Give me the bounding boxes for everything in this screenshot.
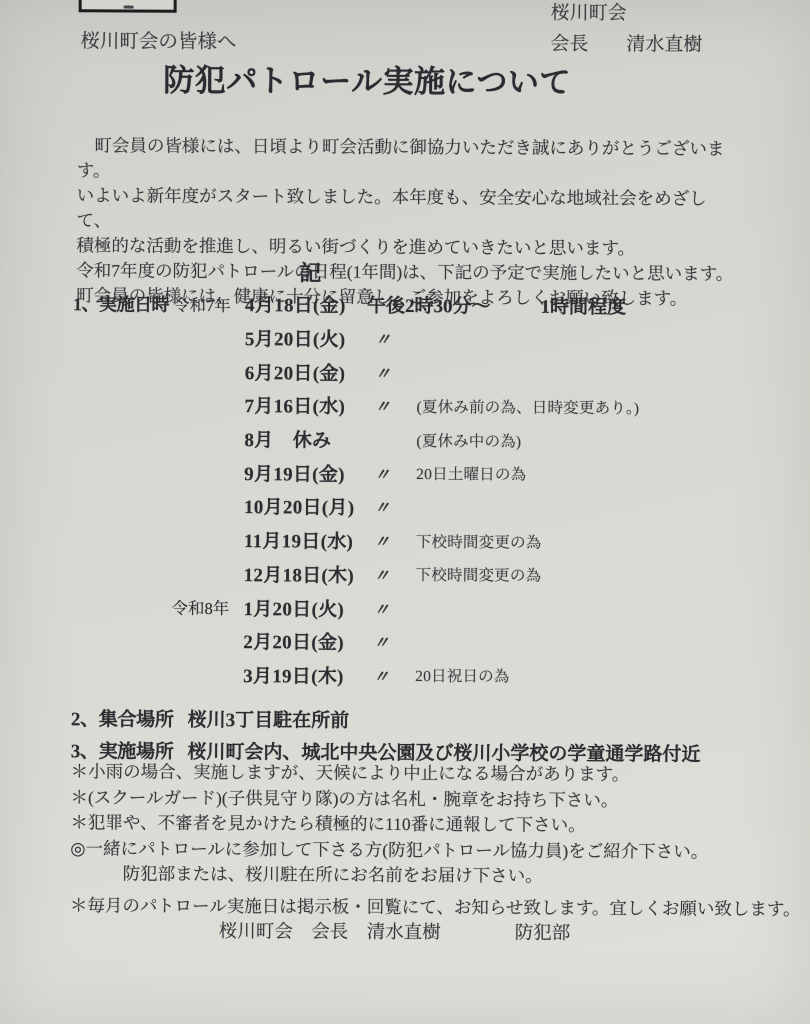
schedule-section-label [73,370,173,371]
schedule-date: 2月20日(金) [243,627,365,655]
signature-line: 桜川町会 会長 清水直樹 防犯部 [219,917,571,945]
schedule-note: (夏休み中の為) [416,429,521,452]
schedule-row: 3月19日(木) 〃 20日祝日の為 [71,657,771,694]
schedule-section-label: 1、実施日時 [73,290,173,317]
salutation: 桜川町会の皆様へ [80,25,236,54]
schedule-date: 6月20日(金) [245,358,367,386]
schedule-date: 12月18日(木) [244,560,366,588]
schedule-date: 11月19日(水) [244,526,366,554]
schedule-era: 令和8年 [171,595,243,619]
intro-line: いよいよ新年度がスタート致しました。本年度も、安全安心な地域社会をめざして、 [76,183,736,236]
schedule-row: 6月20日(金) 〃 [73,354,773,391]
ditto-mark: 〃 [366,394,416,417]
section-label: 2、集合場所 [71,704,174,732]
schedule-row: 8月 休み (夏休み中の為) [72,421,772,458]
page-title: 防犯パトロール実施について [163,55,571,102]
schedule-section-label [73,337,173,338]
schedule-duration: 1時間程度 [541,292,627,319]
schedule-note: 20日土曜日の為 [416,462,526,485]
ditto-mark: 〃 [366,563,416,586]
schedule-row: 1、実施日時 令和7年 4月18日(金) 午後2時30分～ 1時間程度 [73,286,773,323]
ditto-mark: 〃 [365,630,415,653]
schedule-row: 9月19日(金) 〃 20日土曜日の為 [72,455,772,492]
intro-line: 令和7年度の防犯パトロールの日程(1年間)は、下記の予定で実施したいと思います。 [76,258,736,286]
schedule-row: 12月18日(木) 〃 下校時間変更の為 [72,556,772,593]
note-line: ＊犯罪や、不審者を見かけたら積極的に110番に通報して下さい。 [70,810,801,839]
schedule-note: 20日祝日の為 [415,664,510,686]
schedule-section-label [72,573,172,574]
schedule-note: 下校時間変更の為 [416,563,542,586]
schedule-section-label [72,472,172,473]
schedule-date: 3月19日(木) [243,661,365,689]
issuer-org: 桜川町会 [551,0,703,30]
schedule-era: 令和7年 [173,292,245,316]
intro-line: 町会員の皆様には、日頃より町会活動に御協力いただき誠にありがとうございます。 [77,133,737,186]
issuer-chairman: 会長 清水直樹 [550,29,702,61]
issuer-block: 桜川町会 会長 清水直樹 [550,0,702,61]
notes-list: ＊小雨の場合、実施しますが、天候により中止になる場合があります。 ＊(スクールガ… [70,759,801,922]
stamp-box [79,0,177,13]
location-sections: 2、集合場所 桜川3丁目駐在所前 3、実施場所 桜川町会内、城北中央公園及び桜川… [71,701,701,768]
ditto-mark: 〃 [366,529,416,552]
ditto-mark: 〃 [367,361,417,384]
schedule-note: 下校時間変更の為 [416,530,542,553]
schedule-section-label [73,404,173,405]
schedule-date: 7月16日(水) [244,392,366,420]
schedule-row: 10月20日(月) 〃 [72,488,772,525]
schedule-row: 7月16日(水) 〃 (夏休み前の為、日時変更あり。) [72,387,772,424]
schedule-row: 2月20日(金) 〃 [71,623,771,660]
schedule-row: 令和8年 1月20日(火) 〃 [71,589,771,626]
record-marker: 記 [299,256,321,287]
schedule-note: (夏休み前の為、日時変更あり。) [416,395,639,418]
schedule-date: 9月19日(金) [244,459,366,487]
ditto-mark: 〃 [367,327,417,350]
schedule-section-label [72,505,172,506]
note-line: ◎一緒にパトロールに参加して下さる方(防犯パトロール協力員)をご紹介下さい。 [70,836,801,865]
schedule-row: 11月19日(水) 〃 下校時間変更の為 [72,522,772,559]
schedule-section-label [72,539,172,540]
note-line: 防犯部または、桜川駐在所にお名前をお届け下さい。 [70,861,801,890]
ditto-mark: 〃 [366,495,416,518]
stamp-mark [124,6,134,9]
schedule-date: 8月 休み [244,425,366,453]
schedule-date: 1月20日(火) [243,594,365,622]
note-line: ＊小雨の場合、実施しますが、天候により中止になる場合があります。 [71,759,802,788]
schedule-section-label [71,640,171,641]
ditto-mark: 〃 [365,664,415,687]
schedule-date: 4月18日(金) [245,291,367,319]
schedule-date: 5月20日(火) [245,324,367,352]
ditto-mark: 〃 [366,462,416,485]
schedule-section-label [72,606,172,607]
section-line: 2、集合場所 桜川3丁目駐在所前 [71,701,701,736]
document-photo: { "page": { "paper_color": "#d8d7d1", "i… [0,0,810,1024]
note-line: ＊(スクールガード)(子供見守り隊)の方は名札・腕章をお持ち下さい。 [70,785,801,814]
schedule-list: 1、実施日時 令和7年 4月18日(金) 午後2時30分～ 1時間程度 5月20… [71,286,773,694]
ditto-mark: 〃 [365,596,415,619]
schedule-date: 10月20日(月) [244,493,366,521]
section-value: 桜川3丁目駐在所前 [188,704,350,732]
schedule-time: 午後2時30分～ [367,291,491,319]
photo-background: 桜川町会 会長 清水直樹 桜川町会の皆様へ 防犯パトロール実施について 町会員の… [0,0,810,1024]
schedule-row: 5月20日(火) 〃 [73,320,773,357]
notice-sheet: 桜川町会 会長 清水直樹 桜川町会の皆様へ 防犯パトロール実施について 町会員の… [0,0,810,1024]
schedule-section-label [72,438,172,439]
schedule-section-label [71,674,171,675]
intro-paragraph: 町会員の皆様には、日頃より町会活動に御協力いただき誠にありがとうございます。 い… [76,133,737,311]
intro-line: 積極的な活動を推進し、明るい街づくりを進めていきたいと思います。 [76,233,736,261]
